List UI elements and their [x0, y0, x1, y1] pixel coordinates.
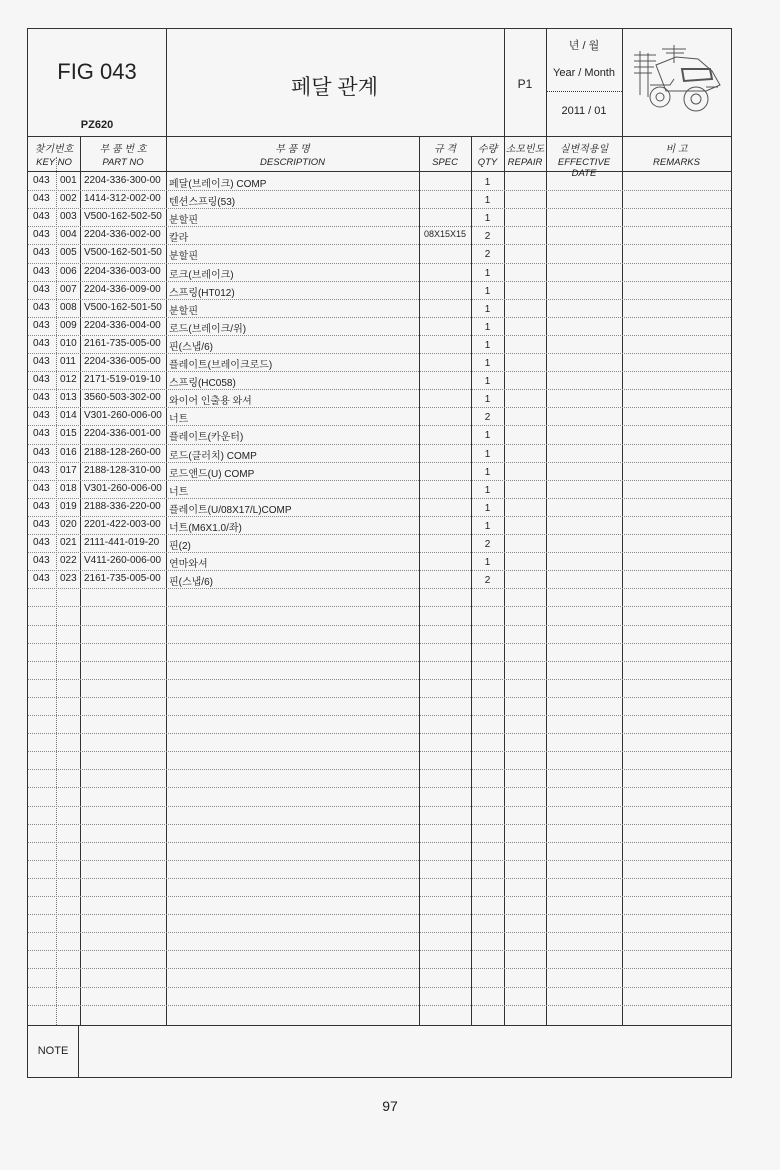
quantity: 2 — [471, 539, 504, 550]
table-row: 0430112204-336-005-00플레이트(브레이크로드)1 — [28, 353, 731, 371]
quantity: 1 — [471, 557, 504, 568]
note-label: NOTE — [28, 1045, 78, 1057]
part-number: 2204-336-004-00 — [84, 320, 161, 331]
column-header-qty-kr: 수량 — [471, 140, 504, 155]
quantity: 1 — [471, 430, 504, 441]
figure-number: FIG 043 — [28, 59, 166, 85]
row-divider — [28, 715, 731, 716]
part-number: 1414-312-002-00 — [84, 193, 161, 204]
part-description: 로드앤드(U) COMP — [169, 465, 254, 480]
key-number: 005 — [60, 247, 77, 258]
part-number: 2204-336-009-00 — [84, 284, 161, 295]
row-divider — [28, 733, 731, 734]
column-header-remarks-kr: 비 고 — [622, 140, 731, 155]
part-description: 로크(브레이크) — [169, 266, 234, 281]
key-number: 015 — [60, 428, 77, 439]
quantity: 1 — [471, 521, 504, 532]
key-number: 004 — [60, 229, 77, 240]
row-divider — [28, 806, 731, 807]
key-number: 023 — [60, 573, 77, 584]
part-description: 스프링(HC058) — [169, 374, 236, 389]
year-month-label-kr: 년 / 월 — [546, 37, 622, 53]
fig-code: 043 — [33, 175, 50, 186]
row-divider — [28, 860, 731, 861]
part-description: 너트 — [169, 410, 188, 425]
part-number: 2188-336-220-00 — [84, 501, 161, 512]
key-number: 010 — [60, 338, 77, 349]
quantity: 1 — [471, 322, 504, 333]
part-number: 2188-128-310-00 — [84, 465, 161, 476]
column-header-description: DESCRIPTION — [166, 157, 419, 168]
part-description: 핀(2) — [169, 537, 191, 552]
table-row: 043018V301-260-006-00너트1 — [28, 480, 731, 498]
row-divider — [28, 625, 731, 626]
part-description: 로드(브레이크/위) — [169, 320, 246, 335]
row-divider — [28, 606, 731, 607]
key-number: 013 — [60, 392, 77, 403]
row-divider — [28, 914, 731, 915]
fig-code: 043 — [33, 356, 50, 367]
fig-code: 043 — [33, 211, 50, 222]
column-header-key-no: KEY NO — [28, 157, 80, 168]
part-description: 핀(스냅/6) — [169, 573, 213, 588]
fig-code: 043 — [33, 573, 50, 584]
part-description: 페달(브레이크) COMP — [169, 175, 266, 190]
table-row: 043014V301-260-006-00너트2 — [28, 407, 731, 425]
table-row: 0430232161-735-005-00핀(스냅/6)2 — [28, 570, 731, 588]
quantity: 1 — [471, 340, 504, 351]
table-row: 0430012204-336-300-00페달(브레이크) COMP1 — [28, 172, 731, 190]
row-divider — [28, 787, 731, 788]
fig-code: 043 — [33, 410, 50, 421]
column-header-repair-kr: 소모빈도 — [504, 140, 546, 155]
fig-code: 043 — [33, 447, 50, 458]
key-number: 001 — [60, 175, 77, 186]
spec: 08X15X15 — [419, 229, 471, 239]
quantity: 1 — [471, 449, 504, 460]
part-description: 플레이트(U/08X17/L)COMP — [169, 501, 292, 516]
quantity: 2 — [471, 412, 504, 423]
row-divider — [28, 932, 731, 933]
key-number: 006 — [60, 266, 77, 277]
quantity: 1 — [471, 268, 504, 279]
quantity: 1 — [471, 503, 504, 514]
part-number: V500-162-501-50 — [84, 247, 162, 258]
key-number: 021 — [60, 537, 77, 548]
table-row: 043005V500-162-501-50분할핀2 — [28, 244, 731, 262]
fig-code: 043 — [33, 501, 50, 512]
table-row: 0430021414-312-002-00텐션스프링(53)1 — [28, 190, 731, 208]
fig-code: 043 — [33, 247, 50, 258]
row-divider — [28, 679, 731, 680]
fig-code: 043 — [33, 519, 50, 530]
quantity: 1 — [471, 177, 504, 188]
quantity: 1 — [471, 467, 504, 478]
part-description: 너트 — [169, 483, 188, 498]
table-row: 0430172188-128-310-00로드앤드(U) COMP1 — [28, 462, 731, 480]
quantity: 1 — [471, 394, 504, 405]
row-divider — [28, 824, 731, 825]
part-description: 분할핀 — [169, 302, 198, 317]
fig-code: 043 — [33, 229, 50, 240]
part-number: 2204-336-300-00 — [84, 175, 161, 186]
quantity: 1 — [471, 358, 504, 369]
column-header-repair: REPAIR — [504, 157, 546, 168]
key-number: 012 — [60, 374, 77, 385]
fig-code: 043 — [33, 302, 50, 313]
row-divider — [28, 842, 731, 843]
quantity: 1 — [471, 195, 504, 206]
row-divider — [28, 878, 731, 879]
table-row: 043022V411-260-006-00연마와셔1 — [28, 552, 731, 570]
part-description: 스프링(HT012) — [169, 284, 235, 299]
parts-list-sheet: FIG 043 PZ620 페달 관계 P1 년 / 월 Year / Mont… — [27, 28, 732, 1078]
column-header-spec-kr: 규 격 — [419, 140, 471, 155]
part-description: 분할핀 — [169, 211, 198, 226]
row-divider — [28, 661, 731, 662]
key-number: 002 — [60, 193, 77, 204]
table-row: 0430162188-128-260-00로드(클러치) COMP1 — [28, 444, 731, 462]
page-title: 페달 관계 — [166, 71, 503, 101]
part-number: V500-162-501-50 — [84, 302, 162, 313]
part-number: 2201-422-003-00 — [84, 519, 161, 530]
key-number: 018 — [60, 483, 77, 494]
part-number: V500-162-502-50 — [84, 211, 162, 222]
part-description: 플레이트(브레이크로드) — [169, 356, 272, 371]
quantity: 1 — [471, 213, 504, 224]
row-divider — [28, 1005, 731, 1006]
fig-code: 043 — [33, 374, 50, 385]
table-row: 0430062204-336-003-00로크(브레이크)1 — [28, 263, 731, 281]
row-divider — [28, 987, 731, 988]
key-number: 003 — [60, 211, 77, 222]
fig-code: 043 — [33, 483, 50, 494]
row-divider — [28, 697, 731, 698]
key-number: 008 — [60, 302, 77, 313]
part-number: V301-260-006-00 — [84, 410, 162, 421]
quantity: 1 — [471, 286, 504, 297]
column-header-qty: QTY — [471, 157, 504, 168]
table-row: 0430072204-336-009-00스프링(HT012)1 — [28, 281, 731, 299]
year-month-value: 2011 / 01 — [546, 105, 622, 117]
key-number: 014 — [60, 410, 77, 421]
part-description: 로드(클러치) COMP — [169, 447, 257, 462]
column-header-effective-date-kr: 실변적용일 — [546, 140, 622, 155]
table-row: 0430152204-336-001-00플레이트(카운터)1 — [28, 425, 731, 443]
part-number: 2111-441-019-20 — [84, 537, 159, 548]
column-header-part-no: PART NO — [80, 157, 166, 168]
fig-code: 043 — [33, 465, 50, 476]
row-divider — [28, 643, 731, 644]
key-number: 009 — [60, 320, 77, 331]
fig-code: 043 — [33, 428, 50, 439]
quantity: 2 — [471, 249, 504, 260]
page-number: 97 — [0, 1098, 780, 1114]
part-number: 3560-503-302-00 — [84, 392, 161, 403]
key-number: 022 — [60, 555, 77, 566]
quantity: 1 — [471, 485, 504, 496]
table-row: 0430133560-503-302-00와이어 인출용 와셔1 — [28, 389, 731, 407]
fig-code: 043 — [33, 392, 50, 403]
row-divider — [28, 950, 731, 951]
table-row: 0430212111-441-019-20핀(2)2 — [28, 534, 731, 552]
page-id: P1 — [504, 77, 546, 91]
part-number: 2204-336-003-00 — [84, 266, 161, 277]
part-number: 2204-336-005-00 — [84, 356, 161, 367]
fig-code: 043 — [33, 338, 50, 349]
key-number: 019 — [60, 501, 77, 512]
model-name: PZ620 — [28, 119, 166, 131]
part-number: 2188-128-260-00 — [84, 447, 161, 458]
year-month-label-en: Year / Month — [546, 67, 622, 79]
part-number: V301-260-006-00 — [84, 483, 162, 494]
key-number: 017 — [60, 465, 77, 476]
part-description: 텐션스프링(53) — [169, 193, 235, 208]
fig-code: 043 — [33, 193, 50, 204]
table-row: 0430192188-336-220-00플레이트(U/08X17/L)COMP… — [28, 498, 731, 516]
key-number: 016 — [60, 447, 77, 458]
part-description: 너트(M6X1.0/좌) — [169, 519, 242, 534]
row-divider — [28, 751, 731, 752]
rice-transplanter-machine-icon — [626, 35, 726, 131]
table-row: 0430042204-336-002-00칼라08X15X152 — [28, 226, 731, 244]
quantity: 1 — [471, 304, 504, 315]
fig-code: 043 — [33, 320, 50, 331]
table-row: 043008V500-162-501-50분할핀1 — [28, 299, 731, 317]
key-number: 007 — [60, 284, 77, 295]
row-divider — [28, 968, 731, 969]
part-number: 2171-519-019-10 — [84, 374, 161, 385]
column-header-remarks: REMARKS — [622, 157, 731, 168]
column-header-spec: SPEC — [419, 157, 471, 168]
part-description: 핀(스냅/6) — [169, 338, 213, 353]
fig-code: 043 — [33, 537, 50, 548]
key-number: 020 — [60, 519, 77, 530]
part-description: 분할핀 — [169, 247, 198, 262]
table-row: 0430202201-422-003-00너트(M6X1.0/좌)1 — [28, 516, 731, 534]
part-description: 플레이트(카운터) — [169, 428, 243, 443]
part-number: V411-260-006-00 — [84, 555, 161, 566]
part-number: 2204-336-001-00 — [84, 428, 161, 439]
table-row: 043003V500-162-502-50분할핀1 — [28, 208, 731, 226]
fig-code: 043 — [33, 266, 50, 277]
fig-code: 043 — [33, 555, 50, 566]
key-number: 011 — [60, 356, 76, 367]
part-description: 와이어 인출용 와셔 — [169, 392, 252, 407]
fig-code: 043 — [33, 284, 50, 295]
part-number: 2161-735-005-00 — [84, 338, 161, 349]
part-number: 2161-735-005-00 — [84, 573, 161, 584]
table-row: 0430122171-519-019-10스프링(HC058)1 — [28, 371, 731, 389]
row-divider — [28, 588, 731, 589]
column-header-key-no-kr: 찾기번호 — [28, 140, 80, 155]
quantity: 2 — [471, 231, 504, 242]
table-row: 0430092204-336-004-00로드(브레이크/위)1 — [28, 317, 731, 335]
row-divider — [28, 896, 731, 897]
part-number: 2204-336-002-00 — [84, 229, 161, 240]
column-header-part-no-kr: 부 품 번 호 — [80, 140, 166, 155]
table-row: 0430102161-735-005-00핀(스냅/6)1 — [28, 335, 731, 353]
quantity: 1 — [471, 376, 504, 387]
part-description: 칼라 — [169, 229, 188, 244]
row-divider — [28, 769, 731, 770]
quantity: 2 — [471, 575, 504, 586]
part-description: 연마와셔 — [169, 555, 208, 570]
column-header-description-kr: 부 품 명 — [166, 140, 419, 155]
